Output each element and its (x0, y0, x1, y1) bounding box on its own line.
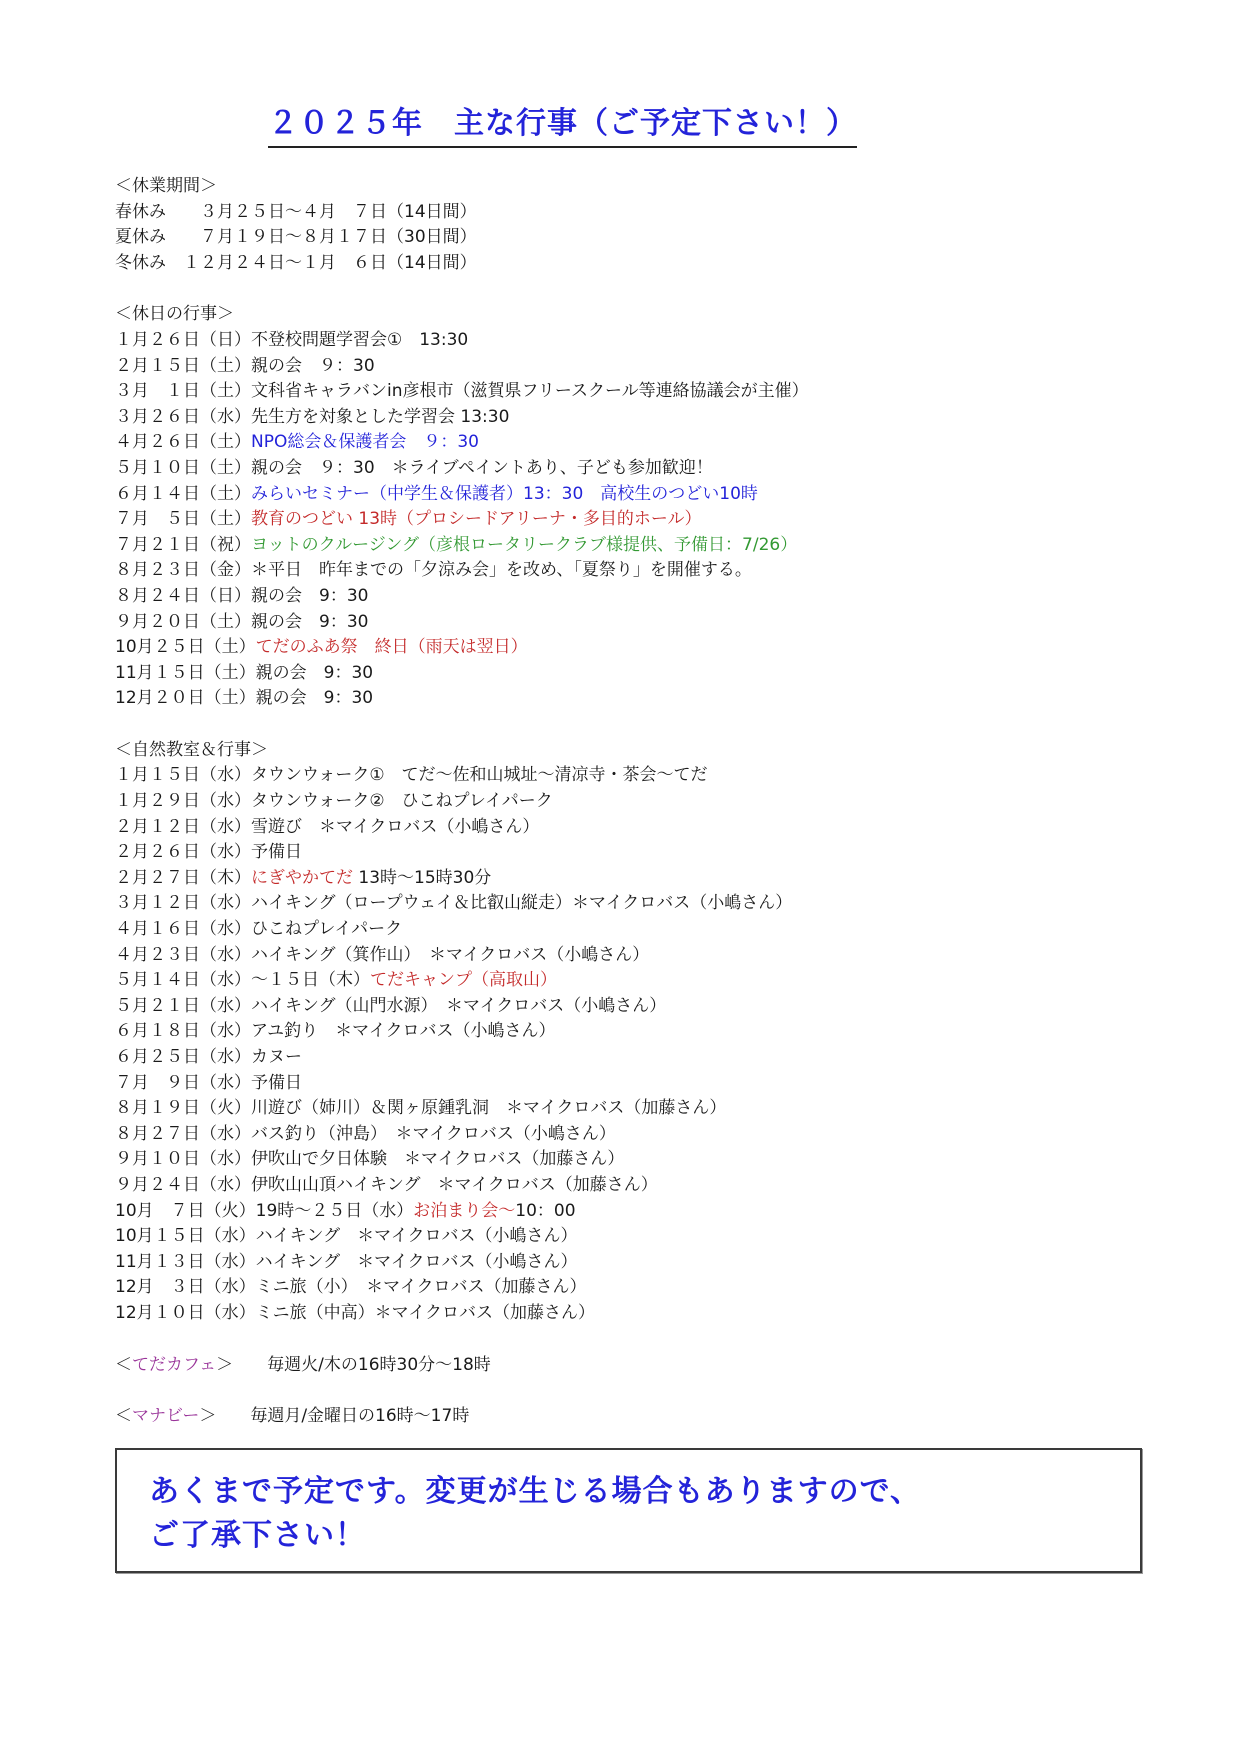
schedule-line: １月１５日（水）タウンウォーク① てだ～佐和山城址～清凉寺・茶会～てだ (115, 763, 1241, 789)
schedule-line: ９月２０日（土）親の会 9：30 (115, 610, 1241, 636)
text-segment: ８月２７日（水）バス釣り（沖島） ＊マイクロバス（小嶋さん） (115, 1124, 616, 1144)
section-nature-class-events: ＜自然教室＆行事＞１月１５日（水）タウンウォーク① てだ～佐和山城址～清凉寺・茶… (115, 738, 1241, 1327)
text-segment: ２月１５日（土）親の会 ９：30 (115, 356, 375, 376)
text-segment: ５月２１日（水）ハイキング（山門水源） ＊マイクロバス（小嶋さん） (115, 996, 666, 1016)
text-segment: 春休み ３月２５日～４月 ７日（14日間） (115, 202, 477, 222)
schedule-line: ９月１０日（水）伊吹山で夕日体験 ＊マイクロバス（加藤さん） (115, 1147, 1241, 1173)
text-segment: ４月１６日（水）ひこねプレイパーク (115, 919, 402, 939)
text-segment: ＜ (115, 1406, 132, 1426)
text-segment: ３月 １日（土）文科省キャラバンin彦根市（滋賀県フリースクール等連絡協議会が主… (115, 381, 809, 401)
text-segment: 12月２０日（土）親の会 9：30 (115, 688, 373, 708)
text-segment: １月１５日（水）タウンウォーク① てだ～佐和山城址～清凉寺・茶会～てだ (115, 765, 708, 785)
text-segment: ６月１４日（土） (115, 484, 251, 504)
schedule-line: ７月 ９日（水）予備日 (115, 1071, 1241, 1097)
text-segment: ８月２４日（日）親の会 9：30 (115, 586, 368, 606)
schedule-line: 12月 ３日（水）ミニ旅（小） ＊マイクロバス（加藤さん） (115, 1275, 1241, 1301)
notice-line: ご了承下さい！ (149, 1514, 1140, 1558)
schedule-line: ２月１２日（水）雪遊び ＊マイクロバス（小嶋さん） (115, 815, 1241, 841)
text-segment: ５月１４日（水）～１５日（木） (115, 970, 370, 990)
schedule-line: 12月２０日（土）親の会 9：30 (115, 686, 1241, 712)
text-segment: １月２６日（日）不登校問題学習会① 13:30 (115, 330, 468, 350)
text-segment: にぎやかてだ (251, 868, 353, 888)
text-segment: てだキャンプ（高取山） (370, 970, 557, 990)
text-segment: ＜ (115, 1355, 132, 1375)
page-title: ２０２５年 主な行事（ご予定下さい！） (268, 106, 857, 148)
schedule-line: ８月２３日（金）＊平日 昨年までの「夕涼み会」を改め、「夏祭り」を開催する。 (115, 558, 1241, 584)
text-segment: ７月 ５日（土） (115, 509, 251, 529)
schedule-line: ３月１２日（水）ハイキング（ロープウェイ＆比叡山縦走）＊マイクロバス（小嶋さん） (115, 891, 1241, 917)
schedule-line: 11月１５日（土）親の会 9：30 (115, 661, 1241, 687)
text-segment: ９月１０日（水）伊吹山で夕日体験 ＊マイクロバス（加藤さん） (115, 1149, 624, 1169)
schedule-line: ６月１４日（土）みらいセミナー（中学生＆保護者）13：30 高校生のつどい10時 (115, 482, 1241, 508)
schedule-line: 夏休み ７月１９日～８月１７日（30日間） (115, 225, 1241, 251)
schedule-page: ２０２５年 主な行事（ご予定下さい！） ＜休業期間＞春休み ３月２５日～４月 ７… (0, 0, 1241, 1573)
schedule-line: ４月１６日（水）ひこねプレイパーク (115, 917, 1241, 943)
text-segment: ＞ 毎週月/金曜日の16時～17時 (199, 1406, 469, 1426)
text-segment: １月２９日（水）タウンウォーク② ひこねプレイパーク (115, 791, 553, 811)
schedule-line: ２月２７日（木）にぎやかてだ 13時～15時30分 (115, 866, 1241, 892)
text-segment: 10月１５日（水）ハイキング ＊マイクロバス（小嶋さん） (115, 1226, 577, 1246)
text-segment: マナビー (132, 1406, 199, 1426)
schedule-line: 10月２５日（土）てだのふあ祭 終日（雨天は翌日） (115, 635, 1241, 661)
schedule-line: ４月２６日（土）NPO総会＆保護者会 ９：30 (115, 430, 1241, 456)
schedule-line: 春休み ３月２５日～４月 ７日（14日間） (115, 200, 1241, 226)
text-segment: 11月１３日（水）ハイキング ＊マイクロバス（小嶋さん） (115, 1252, 577, 1272)
text-segment: 教育のつどい 13時（プロシードアリーナ・多目的ホール） (251, 509, 702, 529)
text-segment: ９月２４日（水）伊吹山山頂ハイキング ＊マイクロバス（加藤さん） (115, 1175, 658, 1195)
text-segment: ４月２６日（土） (115, 432, 251, 452)
text-segment: てだカフェ (132, 1355, 216, 1375)
schedule-line: ７月２１日（祝）ヨットのクルージング（彦根ロータリークラブ様提供、予備日：7/2… (115, 533, 1241, 559)
text-segment: 11月１５日（土）親の会 9：30 (115, 663, 373, 683)
text-segment: ３月２６日（水）先生方を対象とした学習会 13:30 (115, 407, 509, 427)
schedule-line: ８月２７日（水）バス釣り（沖島） ＊マイクロバス（小嶋さん） (115, 1122, 1241, 1148)
text-segment: 12月 ３日（水）ミニ旅（小） ＊マイクロバス（加藤さん） (115, 1277, 586, 1297)
text-segment: ４月２３日（水）ハイキング（箕作山） ＊マイクロバス（小嶋さん） (115, 945, 649, 965)
text-segment: ８月２３日（金）＊平日 昨年までの「夕涼み会」を改め、「夏祭り」を開催する。 (115, 560, 752, 580)
text-segment: ９月２０日（土）親の会 9：30 (115, 612, 368, 632)
text-segment: 12月１０日（水）ミニ旅（中高）＊マイクロバス（加藤さん） (115, 1303, 595, 1323)
schedule-line: ８月１９日（火）川遊び（姉川）＆関ヶ原鍾乳洞 ＊マイクロバス（加藤さん） (115, 1096, 1241, 1122)
text-segment: ２月２６日（水）予備日 (115, 842, 302, 862)
text-segment: 冬休み １２月２４日～１月 ６日（14日間） (115, 253, 477, 273)
text-segment: ６月２５日（水）カヌー (115, 1047, 302, 1067)
schedule-line: １月２６日（日）不登校問題学習会① 13:30 (115, 328, 1241, 354)
schedule-sections: ＜休業期間＞春休み ３月２５日～４月 ７日（14日間）夏休み ７月１９日～８月１… (115, 174, 1241, 1327)
text-segment: 13時～15時30分 (353, 868, 491, 888)
text-segment: NPO総会＆保護者会 ９：30 (251, 432, 479, 452)
text-segment: みらいセミナー（中学生＆保護者）13：30 高校生のつどい10時 (251, 484, 758, 504)
section-holiday-periods: ＜休業期間＞春休み ３月２５日～４月 ７日（14日間）夏休み ７月１９日～８月１… (115, 174, 1241, 276)
schedule-line: ７月 ５日（土）教育のつどい 13時（プロシードアリーナ・多目的ホール） (115, 507, 1241, 533)
schedule-line: 10月１５日（水）ハイキング ＊マイクロバス（小嶋さん） (115, 1224, 1241, 1250)
text-segment: 夏休み ７月１９日～８月１７日（30日間） (115, 227, 477, 247)
text-segment: ５月１０日（土）親の会 ９：30 ＊ライブペイントあり、子ども参加歓迎！ (115, 458, 713, 478)
text-segment: お泊まり会～ (413, 1201, 515, 1221)
schedule-line: ６月２５日（水）カヌー (115, 1045, 1241, 1071)
schedule-line: ２月２６日（水）予備日 (115, 840, 1241, 866)
schedule-line: ９月２４日（水）伊吹山山頂ハイキング ＊マイクロバス（加藤さん） (115, 1173, 1241, 1199)
section-heading: ＜休業期間＞ (115, 174, 1241, 200)
text-segment: ８月１９日（火）川遊び（姉川）＆関ヶ原鍾乳洞 ＊マイクロバス（加藤さん） (115, 1098, 726, 1118)
schedule-line: ２月１５日（土）親の会 ９：30 (115, 354, 1241, 380)
schedule-line: 冬休み １２月２４日～１月 ６日（14日間） (115, 251, 1241, 277)
text-segment: ＞ 毎週火/木の16時30分～18時 (216, 1355, 491, 1375)
footnote-line: ＜てだカフェ＞ 毎週火/木の16時30分～18時 (115, 1353, 1241, 1379)
notice-box: あくまで予定です。変更が生じる場合もありますので、 ご了承下さい！ (115, 1448, 1142, 1573)
text-segment: ６月１８日（水）アユ釣り ＊マイクロバス（小嶋さん） (115, 1021, 555, 1041)
section-heading: ＜休日の行事＞ (115, 302, 1241, 328)
notice-line: あくまで予定です。変更が生じる場合もありますので、 (149, 1470, 1140, 1514)
schedule-line: ６月１８日（水）アユ釣り ＊マイクロバス（小嶋さん） (115, 1019, 1241, 1045)
text-segment: ２月１２日（水）雪遊び ＊マイクロバス（小嶋さん） (115, 817, 539, 837)
text-segment: てだのふあ祭 終日（雨天は翌日） (256, 637, 528, 657)
text-segment: ３月１２日（水）ハイキング（ロープウェイ＆比叡山縦走）＊マイクロバス（小嶋さん） (115, 893, 792, 913)
footnote: ＜てだカフェ＞ 毎週火/木の16時30分～18時 (115, 1353, 1241, 1379)
schedule-line: １月２９日（水）タウンウォーク② ひこねプレイパーク (115, 789, 1241, 815)
text-segment: ７月２１日（祝） (115, 535, 251, 555)
text-segment: 10月２５日（土） (115, 637, 256, 657)
footnote-line: ＜マナビー＞ 毎週月/金曜日の16時～17時 (115, 1404, 1241, 1430)
schedule-line: 10月 ７日（火）19時～２５日（水）お泊まり会～10：00 (115, 1199, 1241, 1225)
footnote: ＜マナビー＞ 毎週月/金曜日の16時～17時 (115, 1404, 1241, 1430)
schedule-line: 11月１３日（水）ハイキング ＊マイクロバス（小嶋さん） (115, 1250, 1241, 1276)
schedule-line: ５月１０日（土）親の会 ９：30 ＊ライブペイントあり、子ども参加歓迎！ (115, 456, 1241, 482)
schedule-line: ３月 １日（土）文科省キャラバンin彦根市（滋賀県フリースクール等連絡協議会が主… (115, 379, 1241, 405)
section-holiday-events: ＜休日の行事＞１月２６日（日）不登校問題学習会① 13:30２月１５日（土）親の… (115, 302, 1241, 712)
section-heading: ＜自然教室＆行事＞ (115, 738, 1241, 764)
text-segment: 10月 ７日（火）19時～２５日（水） (115, 1201, 413, 1221)
schedule-line: ８月２４日（日）親の会 9：30 (115, 584, 1241, 610)
text-segment: ヨットのクルージング（彦根ロータリークラブ様提供、予備日：7/26） (251, 535, 797, 555)
schedule-line: ３月２６日（水）先生方を対象とした学習会 13:30 (115, 405, 1241, 431)
text-segment: ２月２７日（木） (115, 868, 251, 888)
footnotes: ＜てだカフェ＞ 毎週火/木の16時30分～18時＜マナビー＞ 毎週月/金曜日の1… (115, 1353, 1241, 1430)
schedule-line: ５月１４日（水）～１５日（木）てだキャンプ（高取山） (115, 968, 1241, 994)
schedule-line: ４月２３日（水）ハイキング（箕作山） ＊マイクロバス（小嶋さん） (115, 943, 1241, 969)
text-segment: 10：00 (515, 1201, 575, 1221)
schedule-line: 12月１０日（水）ミニ旅（中高）＊マイクロバス（加藤さん） (115, 1301, 1241, 1327)
text-segment: ７月 ９日（水）予備日 (115, 1073, 302, 1093)
schedule-line: ５月２１日（水）ハイキング（山門水源） ＊マイクロバス（小嶋さん） (115, 994, 1241, 1020)
